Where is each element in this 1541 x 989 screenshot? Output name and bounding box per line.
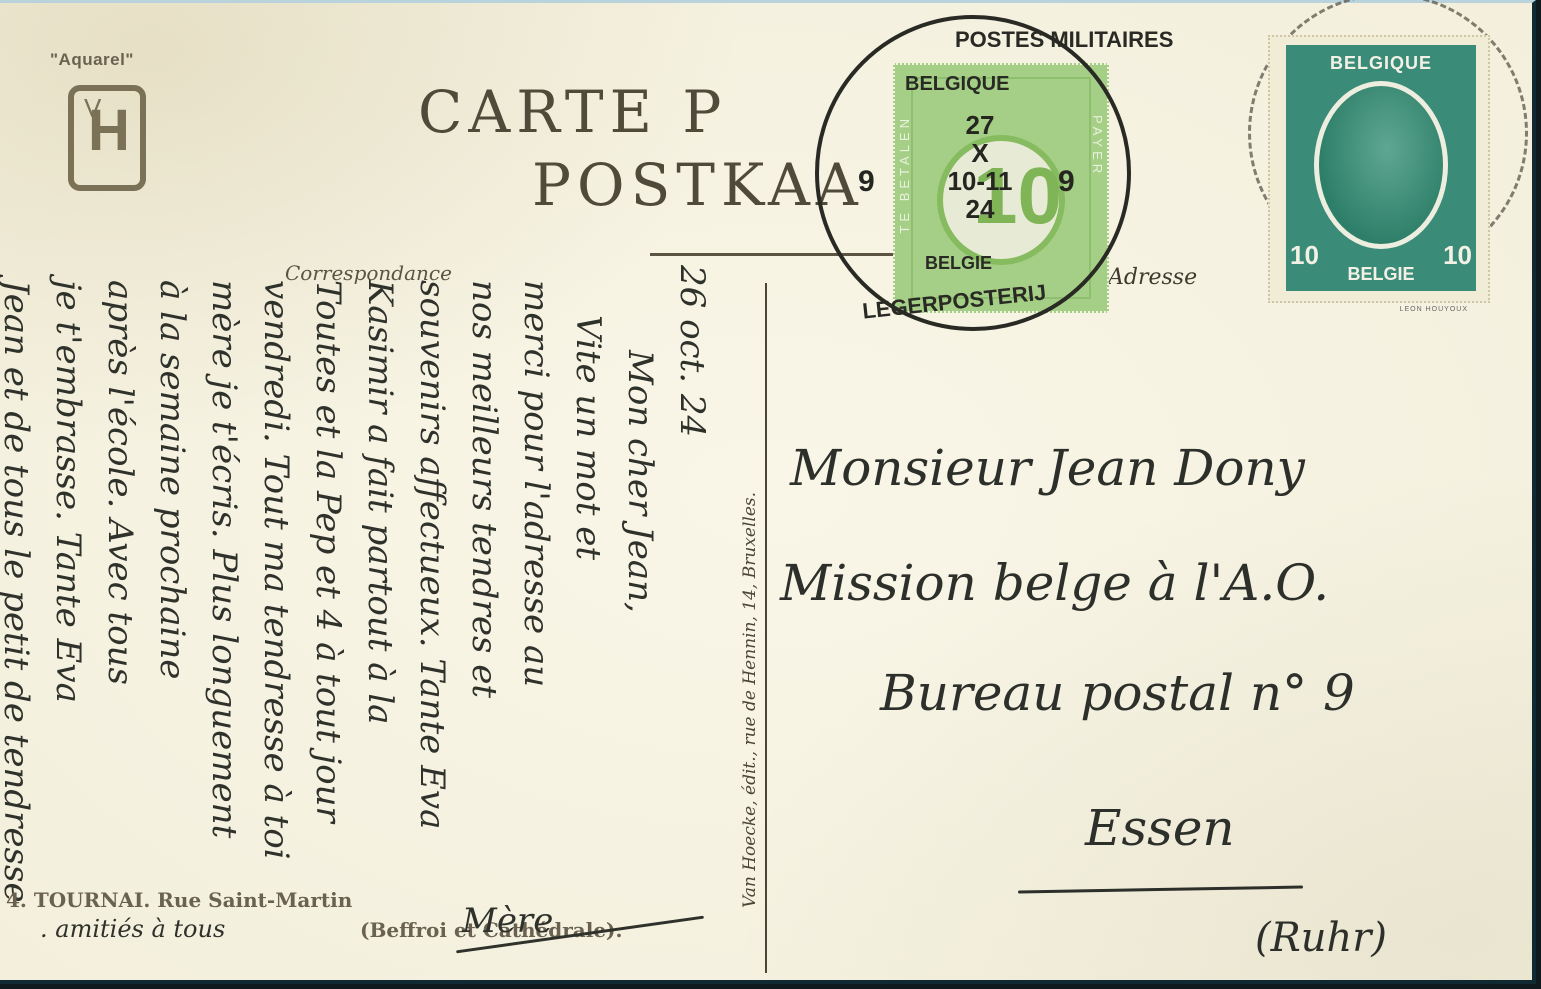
postmark-middle-text: BELGIQUE bbox=[905, 73, 1009, 96]
message-line: Jean et de tous le petit de tendresse bbox=[0, 280, 36, 903]
message-line: après l'école. Avec tous bbox=[100, 280, 140, 685]
address-line-4: Essen bbox=[1085, 803, 1235, 853]
message-line: Toutes et la Pep et 4 à tout jour bbox=[308, 280, 348, 823]
address-underline bbox=[1018, 886, 1303, 894]
message-line: Mon cher Jean, bbox=[620, 350, 660, 613]
postmark-top-text: POSTES MILITAIRES bbox=[955, 27, 1173, 53]
message-line: Kasimir a fait partout à la bbox=[360, 280, 400, 724]
postmark-office-number: 9 bbox=[1058, 165, 1075, 199]
caption-location: 4. TOURNAI. Rue Saint-Martin bbox=[6, 888, 352, 912]
title-carte-postale: CARTE P bbox=[418, 78, 727, 146]
address-line-5: (Ruhr) bbox=[1255, 918, 1387, 958]
message-date: 26 oct. 24 bbox=[672, 265, 712, 437]
address-line-1: Monsieur Jean Dony bbox=[790, 443, 1305, 493]
message-line: souvenirs affectueux. Tante Eva bbox=[412, 280, 452, 829]
message-line: je t'embrasse. Tante Eva bbox=[48, 280, 88, 703]
stamp-country-bottom: BELGIE bbox=[1286, 264, 1476, 285]
message-line: Vite un mot et bbox=[568, 315, 608, 560]
postmark-office-number-left: 9 bbox=[858, 165, 875, 199]
stamp-country-top: BELGIQUE bbox=[1286, 53, 1476, 74]
postmark-date: 27 X 10-11 24 bbox=[940, 111, 1020, 223]
king-portrait-icon bbox=[1314, 81, 1448, 249]
message-line: merci pour l'adresse au bbox=[516, 280, 556, 687]
logo-letter: H bbox=[88, 97, 130, 164]
publisher-logo-icon: V H bbox=[68, 85, 146, 191]
message-line: à la semaine prochaine bbox=[152, 280, 192, 679]
message-signature: Mère bbox=[462, 901, 553, 941]
definitive-stamp: BELGIQUE 10 10 BELGIE LEON HOUYOUX bbox=[1268, 35, 1490, 303]
stamp-engraver: LEON HOUYOUX bbox=[1400, 306, 1468, 313]
postmark-inner-text: BELGIE bbox=[925, 253, 992, 274]
message-closing: . amitiés à tous bbox=[40, 915, 225, 943]
address-line-3: Bureau postal n° 9 bbox=[880, 668, 1355, 718]
address-line-2: Mission belge à l'A.O. bbox=[780, 558, 1329, 608]
series-label: "Aquarel" bbox=[50, 50, 134, 70]
center-divider bbox=[765, 283, 767, 973]
message-line: vendredi. Tout ma tendresse à toi bbox=[256, 280, 296, 860]
publisher-imprint: Van Hoecke, édit., rue de Hennin, 14, Br… bbox=[740, 492, 760, 908]
message-line: mère je t'écris. Plus longuement bbox=[204, 280, 244, 838]
postcard: "Aquarel" V H CARTE P POSTKAA Correspond… bbox=[0, 0, 1536, 984]
message-line: nos meilleurs tendres et bbox=[464, 280, 504, 698]
title-postkaart: POSTKAA bbox=[532, 151, 864, 219]
address-label: Adresse bbox=[1108, 265, 1197, 290]
